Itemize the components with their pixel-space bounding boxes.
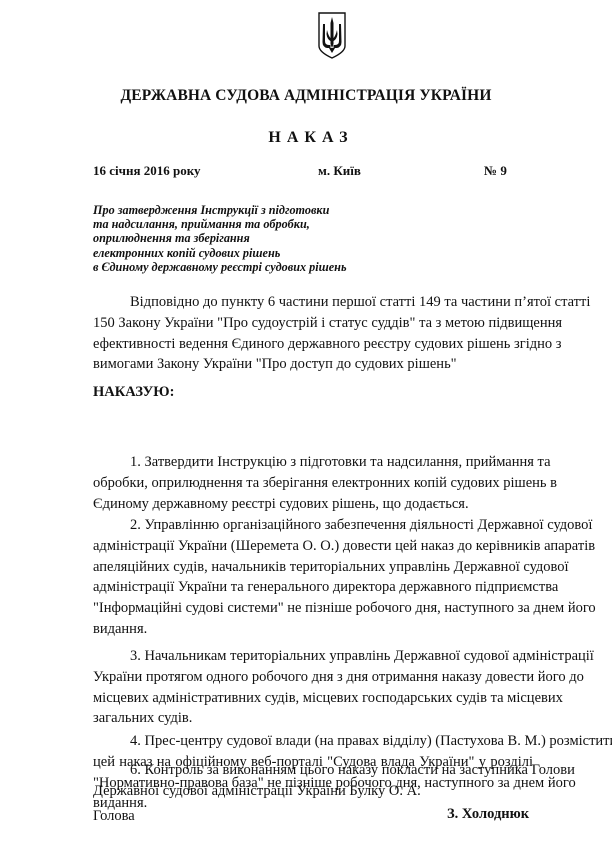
subject-line: Про затвердження Інструкції з підготовки bbox=[93, 203, 423, 217]
text-line: видання. bbox=[93, 619, 533, 640]
organization-title: ДЕРЖАВНА СУДОВА АДМІНІСТРАЦІЯ УКРАЇНИ bbox=[0, 87, 612, 105]
text-line: 3. Начальникам територіальних управлінь … bbox=[93, 646, 533, 667]
text-line: 4. Прес-центру судової влади (на правах … bbox=[93, 731, 533, 752]
text-line: України протягом одного робочого дня з д… bbox=[93, 667, 533, 688]
text-line: "Інформаційні судові системи" не пізніше… bbox=[93, 598, 533, 619]
document-type-title: НАКАЗ bbox=[0, 129, 612, 147]
text-line: місцевих адміністративних судів, місцеви… bbox=[93, 688, 533, 709]
text-line: ефективності ведення Єдиного державного … bbox=[93, 334, 533, 355]
subject-line: та надсилання, приймання та обробки, bbox=[93, 217, 423, 231]
text-line: 1. Затвердити Інструкцію з підготовки та… bbox=[93, 452, 533, 473]
order-city: м. Київ bbox=[318, 163, 361, 179]
text-line: Єдиному державному реєстрі судових рішен… bbox=[93, 494, 533, 515]
order-item-1: 1. Затвердити Інструкцію з підготовки та… bbox=[93, 452, 533, 514]
text-line: загальних судів. bbox=[93, 708, 533, 729]
text-line: апеляційних судів, начальників територіа… bbox=[93, 557, 533, 578]
order-number: № 9 bbox=[484, 163, 507, 179]
order-date: 16 січня 2016 року bbox=[93, 163, 201, 179]
resolve-heading: НАКАЗУЮ: bbox=[93, 384, 174, 401]
preamble-paragraph: Відповідно до пункту 6 частини першої ст… bbox=[93, 292, 533, 375]
order-item-6: 6. Контроль за виконанням цього наказу п… bbox=[93, 760, 533, 802]
order-item-2: 2. Управлінню організаційного забезпечен… bbox=[93, 515, 533, 640]
text-line: 150 Закону України "Про судоустрій і ста… bbox=[93, 313, 533, 334]
subject-line: в Єдиному державному реєстрі судових ріш… bbox=[93, 260, 423, 274]
order-subject: Про затвердження Інструкції з підготовки… bbox=[93, 203, 423, 274]
text-line: Відповідно до пункту 6 частини першої ст… bbox=[93, 292, 533, 313]
order-item-3: 3. Начальникам територіальних управлінь … bbox=[93, 646, 533, 729]
signer-name: З. Холоднюк bbox=[447, 806, 529, 823]
trident-coat-of-arms-icon bbox=[318, 12, 346, 59]
text-line: 6. Контроль за виконанням цього наказу п… bbox=[93, 760, 533, 781]
text-line: 2. Управлінню організаційного забезпечен… bbox=[93, 515, 533, 536]
subject-line: електронних копій судових рішень bbox=[93, 246, 423, 260]
text-line: адміністрації України (Шеремета О. О.) д… bbox=[93, 536, 533, 557]
text-line: Державної судової адміністрації України … bbox=[93, 781, 533, 802]
text-line: вимогами Закону України "Про доступ до с… bbox=[93, 354, 533, 375]
signer-position: Голова bbox=[93, 808, 135, 825]
text-line: обробки, оприлюднення та зберігання елек… bbox=[93, 473, 533, 494]
subject-line: оприлюднення та зберігання bbox=[93, 231, 423, 245]
text-line: адміністрації України та генерального ди… bbox=[93, 577, 533, 598]
